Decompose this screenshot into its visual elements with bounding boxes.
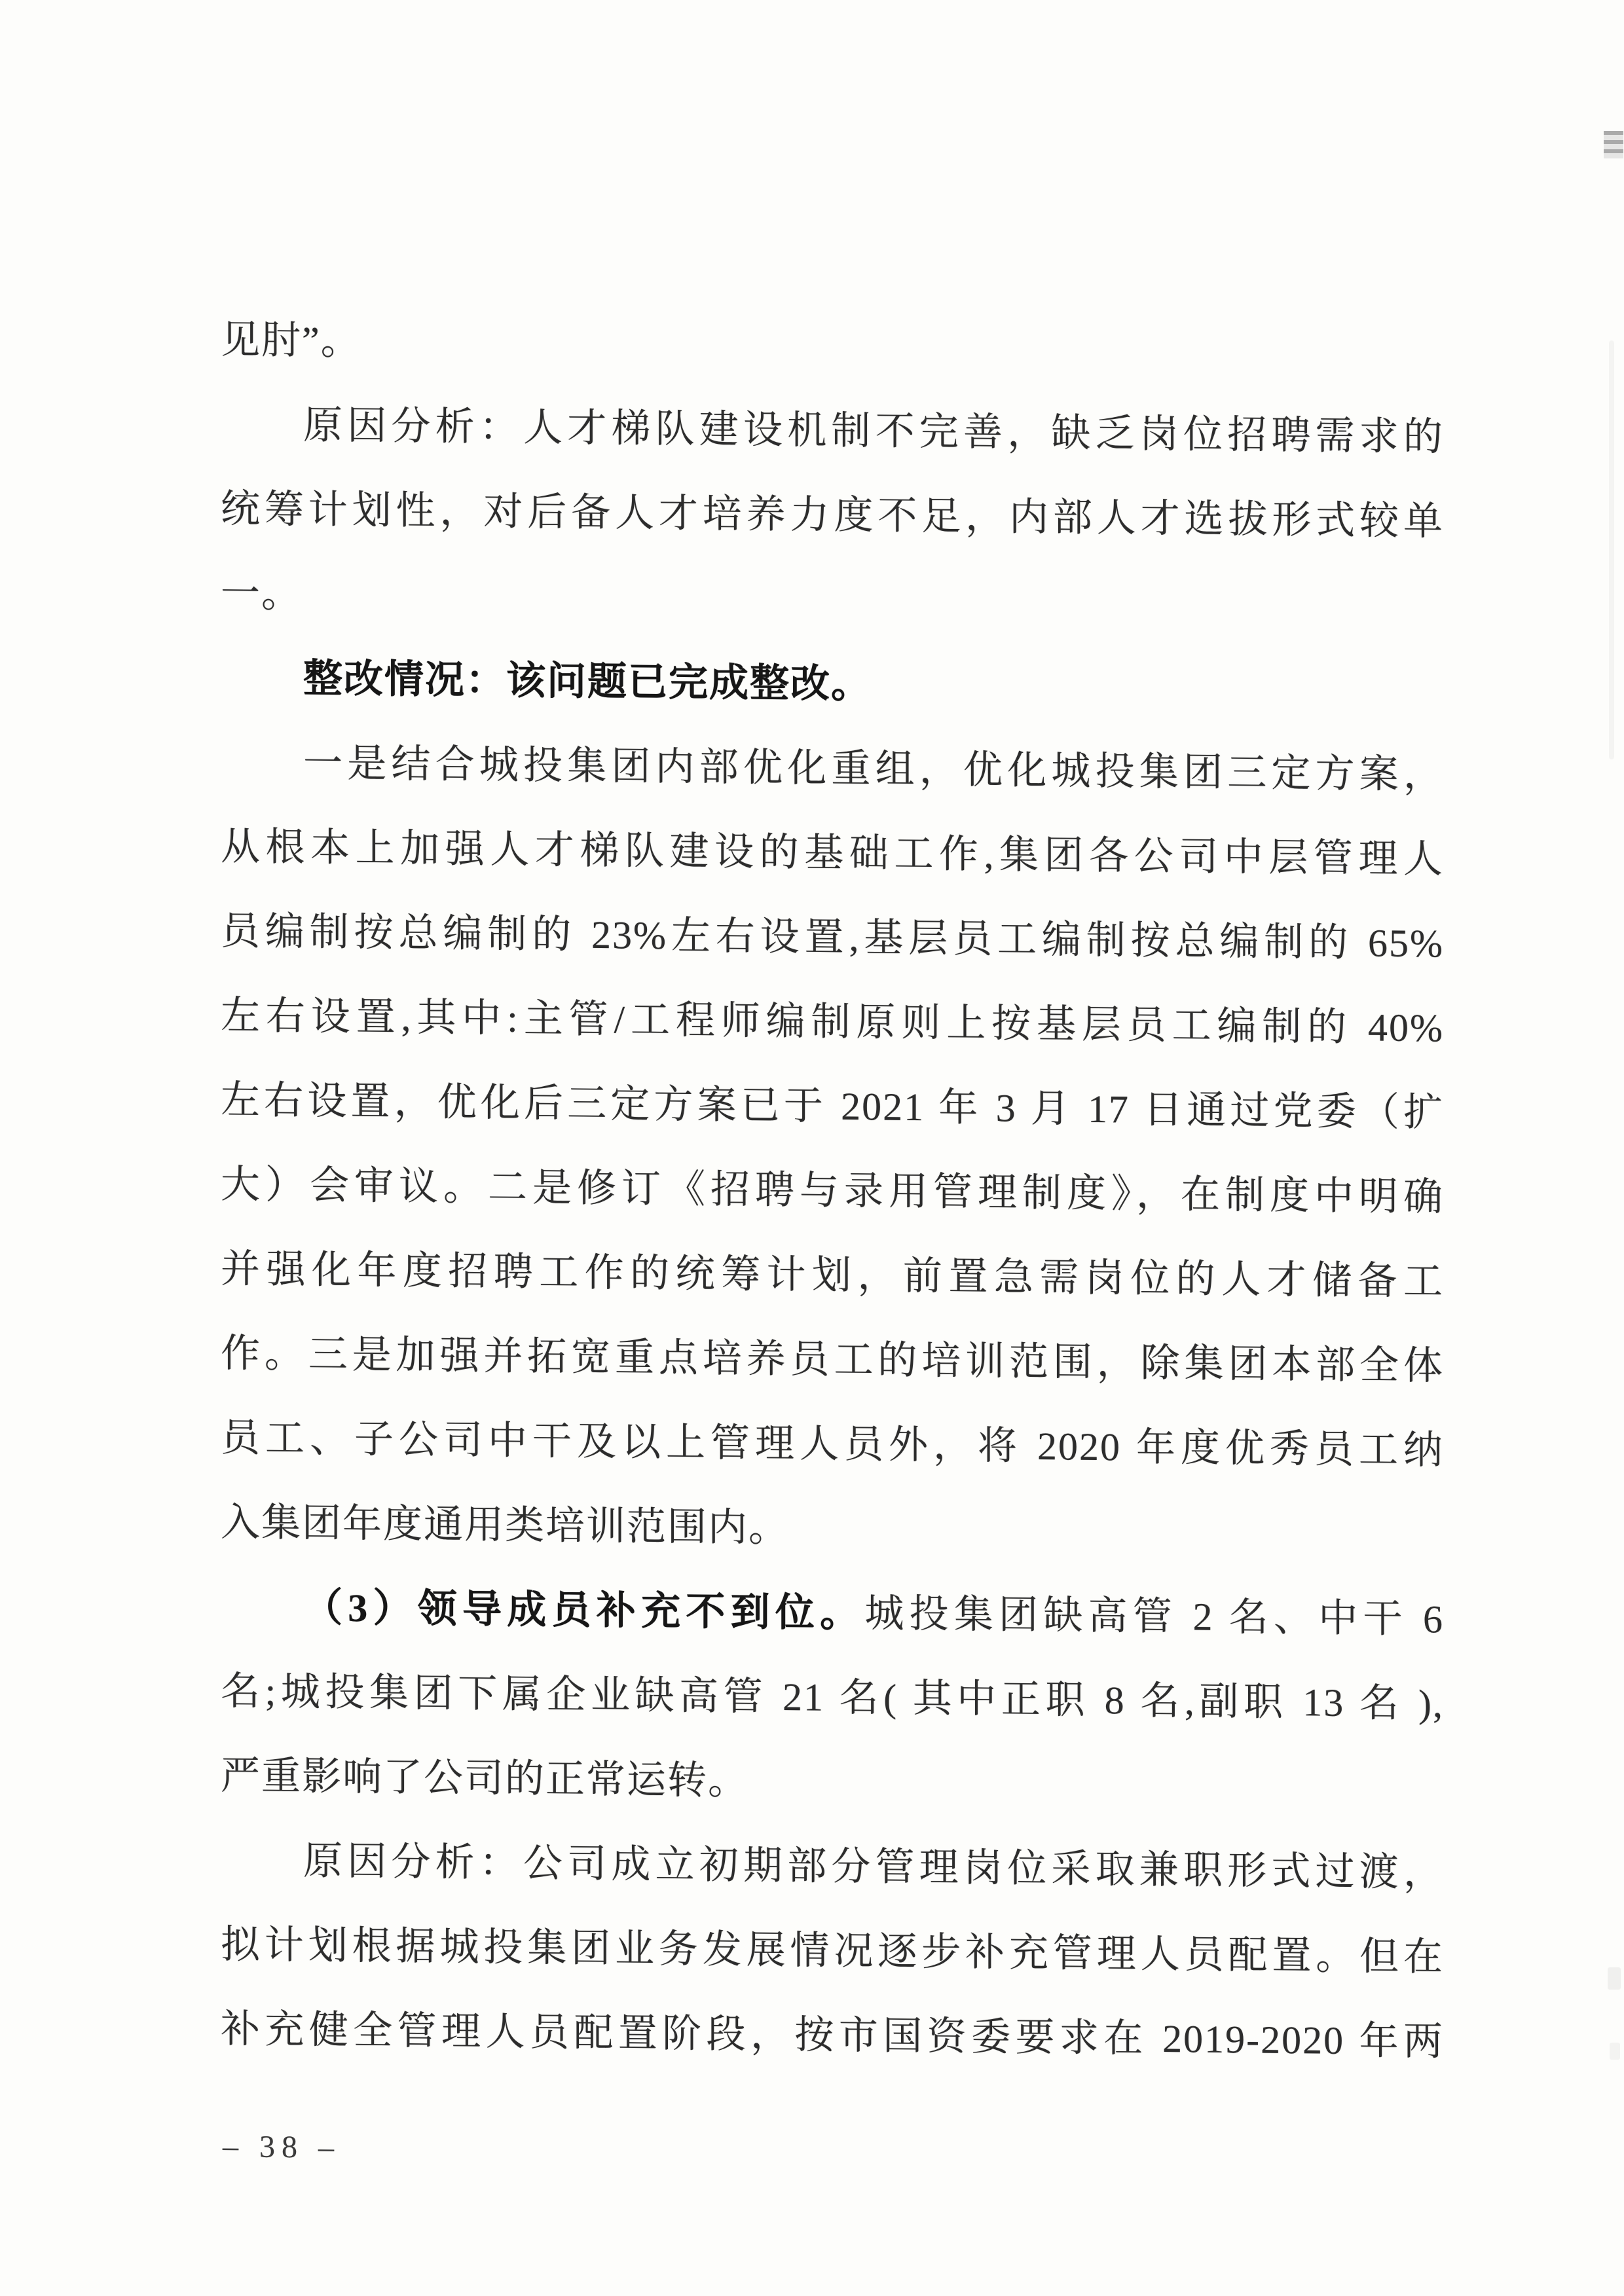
text-line: 大）会审议。二是修订《招聘与录用管理制度》，在制度中明确	[221, 1142, 1444, 1240]
text-segment: 统筹计划性，对后备人才培养力度不足，内部人才选拔形式较单	[221, 487, 1444, 543]
text-segment: 一是结合城投集团内部优化重组，优化城投集团三定方案，	[303, 741, 1444, 796]
text-segment: 原因分析：公司成立初期部分管理岗位采取兼职形式过渡，	[303, 1839, 1444, 1894]
scan-artifact-stripes	[1604, 131, 1623, 158]
text-line: 拟计划根据城投集团业务发展情况逐步补充管理人员配置。但在	[221, 1903, 1444, 2000]
text-line: 名;城投集团下属企业缺高管 21 名( 其中正职 8 名,副职 13 名 ),	[221, 1649, 1444, 1747]
text-segment: 并强化年度招聘工作的统筹计划，前置急需岗位的人才储备工	[221, 1247, 1444, 1303]
text-segment: 大）会审议。二是修订《招聘与录用管理制度》，在制度中明确	[221, 1163, 1444, 1219]
text-line: 一。	[221, 551, 1444, 649]
text-segment: 入集团年度通用类培训范围内。	[221, 1501, 789, 1550]
bold-text-segment: 整改情况：该问题已完成整改。	[303, 657, 872, 706]
text-line: 从根本上加强人才梯队建设的基础工作,集团各公司中层管理人	[221, 805, 1444, 902]
scan-artifact-smudge	[1610, 2043, 1620, 2060]
text-line: 左右设置，优化后三定方案已于 2021 年 3 月 17 日通过党委（扩	[221, 1058, 1444, 1156]
text-line: 并强化年度招聘工作的统筹计划，前置急需岗位的人才储备工	[221, 1227, 1444, 1324]
text-line: 见肘”。	[221, 298, 1444, 395]
text-segment: 严重影响了公司的正常运转。	[221, 1754, 748, 1802]
text-segment: 员编制按总编制的 23%左右设置,基层员工编制按总编制的 65%	[221, 909, 1444, 966]
page-number: – 38 –	[223, 2128, 341, 2166]
text-segment: 原因分析：人才梯队建设机制不完善，缺乏岗位招聘需求的	[303, 403, 1444, 458]
text-line: 整改情况：该问题已完成整改。	[221, 636, 1444, 733]
text-line: （3）领导成员补充不到位。城投集团缺高管 2 名、中干 6	[221, 1565, 1444, 1662]
text-line: 作。三是加强并拓宽重点培养员工的培训范围，除集团本部全体	[221, 1311, 1444, 1409]
bold-text-segment: （3）领导成员补充不到位。	[303, 1586, 864, 1635]
document-body: 见肘”。原因分析：人才梯队建设机制不完善，缺乏岗位招聘需求的统筹计划性，对后备人…	[221, 298, 1444, 2085]
text-segment: 左右设置,其中:主管/工程师编制原则上按基层员工编制的 40%	[221, 994, 1444, 1050]
document-page: 见肘”。原因分析：人才梯队建设机制不完善，缺乏岗位招聘需求的统筹计划性，对后备人…	[0, 0, 1624, 2296]
text-segment: 作。三是加强并拓宽重点培养员工的培训范围，除集团本部全体	[221, 1332, 1444, 1388]
text-segment: 城投集团缺高管 2 名、中干 6	[864, 1592, 1444, 1641]
text-line: 一是结合城投集团内部优化重组，优化城投集团三定方案，	[221, 720, 1444, 818]
text-segment: 从根本上加强人才梯队建设的基础工作,集团各公司中层管理人	[221, 825, 1444, 881]
text-line: 原因分析：公司成立初期部分管理岗位采取兼职形式过渡，	[221, 1818, 1444, 1916]
text-segment: 左右设置，优化后三定方案已于 2021 年 3 月 17 日通过党委（扩	[221, 1078, 1444, 1135]
scan-artifact-streak	[1609, 340, 1614, 759]
text-line: 员编制按总编制的 23%左右设置,基层员工编制按总编制的 65%	[221, 889, 1444, 987]
text-segment: 见肘”。	[221, 318, 361, 363]
text-line: 统筹计划性，对后备人才培养力度不足，内部人才选拔形式较单	[221, 467, 1444, 564]
text-line: 入集团年度通用类培训范围内。	[221, 1480, 1444, 1578]
text-line: 左右设置,其中:主管/工程师编制原则上按基层员工编制的 40%	[221, 974, 1444, 1071]
text-line: 原因分析：人才梯队建设机制不完善，缺乏岗位招聘需求的	[221, 382, 1444, 480]
text-line: 严重影响了公司的正常运转。	[221, 1734, 1444, 1831]
text-line: 员工、子公司中干及以上管理人员外，将 2020 年度优秀员工纳	[221, 1396, 1444, 1493]
text-segment: 拟计划根据城投集团业务发展情况逐步补充管理人员配置。但在	[221, 1923, 1444, 1979]
text-line: 补充健全管理人员配置阶段，按市国资委要求在 2019-2020 年两	[221, 1987, 1444, 2085]
text-segment: 名;城投集团下属企业缺高管 21 名( 其中正职 8 名,副职 13 名 ),	[221, 1669, 1444, 1726]
text-segment: 补充健全管理人员配置阶段，按市国资委要求在 2019-2020 年两	[221, 2007, 1444, 2064]
scan-artifact-smudge	[1608, 1967, 1621, 1990]
text-segment: 员工、子公司中干及以上管理人员外，将 2020 年度优秀员工纳	[221, 1416, 1444, 1472]
text-segment: 一。	[221, 572, 302, 615]
